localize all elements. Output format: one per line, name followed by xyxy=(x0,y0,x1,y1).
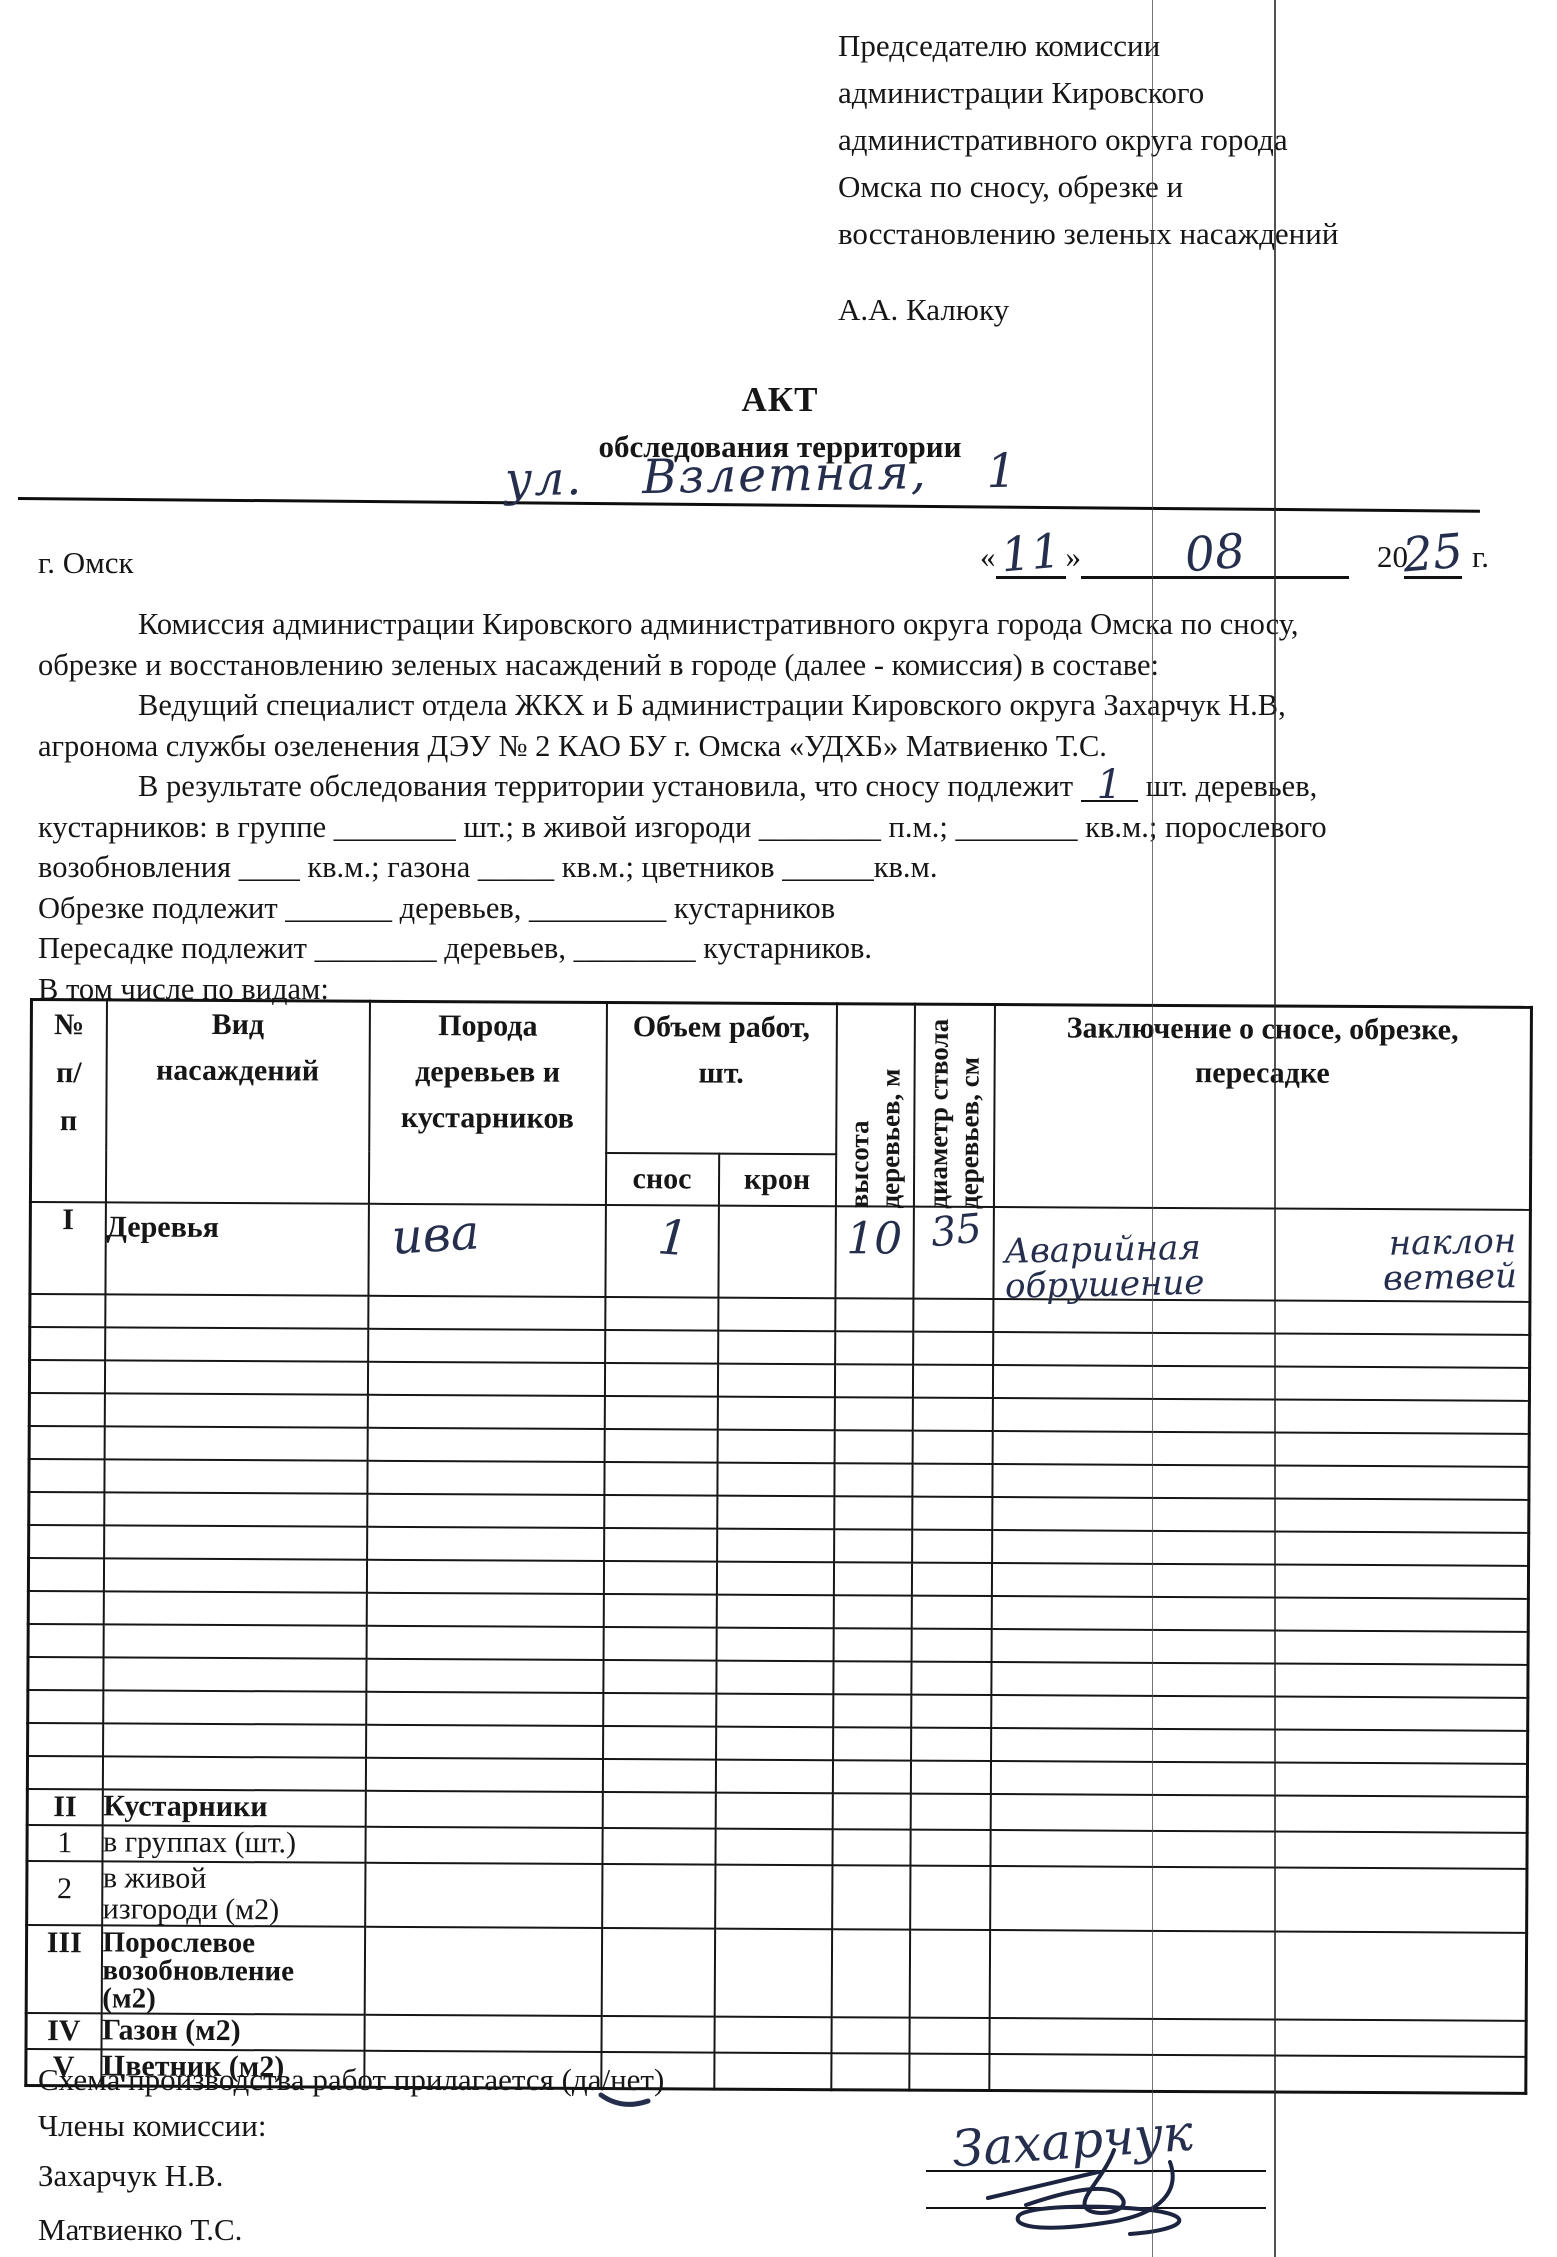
col-header-snos: снос xyxy=(605,1153,718,1206)
rotated-header-text: высота деревьев, м xyxy=(843,1002,906,1208)
empty-rows-section xyxy=(27,1294,1530,1797)
handwritten-address: ул. Взлетная, 1 xyxy=(505,444,1019,508)
row-num: 1 xyxy=(27,1824,102,1860)
table-row-trees: I Деревья ива 1 10 35 Аварийнаянаклон об… xyxy=(30,1202,1530,1302)
handwritten-year: 25 xyxy=(1401,529,1464,578)
handwritten-snos-count: 1 xyxy=(655,1209,690,1267)
signature-block: Захарчук xyxy=(918,2106,1298,2256)
body-line-text: Пересадке подлежит ________ деревьев, __… xyxy=(38,931,872,965)
body-line-text: В результате обследования территории уст… xyxy=(138,769,1081,803)
body-line: возобновления ____ кв.м.; газона _____ к… xyxy=(38,847,1538,888)
row-label: Порослевое возобновление (м2) xyxy=(101,1925,364,2014)
members-label: Члены комиссии: xyxy=(38,2108,266,2144)
breed-cell: ива xyxy=(368,1203,605,1296)
row-num: I xyxy=(30,1202,105,1294)
body-line: Обрезке подлежит _______ деревьев, _____… xyxy=(38,888,1538,929)
member-name-2: Матвиенко Т.С. xyxy=(38,2212,242,2248)
scheme-line: Схема производства работ прилагается (да… xyxy=(38,2062,664,2098)
member-name-1: Захарчук Н.В. xyxy=(38,2158,223,2194)
scan-fold-line-left xyxy=(1152,0,1153,2257)
date-suffix: г. xyxy=(1472,539,1489,579)
row-num: III xyxy=(26,1924,101,2012)
col-header-breed: Порода деревьев и кустарников xyxy=(368,1001,606,1204)
bottom-rows-section: II Кустарники 1 в группах (шт.) 2 в живо… xyxy=(26,1788,1528,2092)
conclusion-word: обрушение xyxy=(1004,1265,1204,1304)
inspection-table-wrap: № п/ п Вид насаждений Порода деревьев и … xyxy=(24,998,1533,2094)
body-line-text: возобновления ____ кв.м.; газона _____ к… xyxy=(38,850,937,884)
city-label: г. Омск xyxy=(38,545,134,581)
col-header-tree-height: высота деревьев, м xyxy=(835,1004,914,1206)
table-row-hedge: 2 в живой изгороди (м2) xyxy=(27,1860,1527,1932)
body-line-text: шт. деревьев, xyxy=(1138,769,1317,803)
handwritten-breed: ива xyxy=(390,1204,481,1266)
body-line-text: кустарников: в группе ________ шт.; в жи… xyxy=(38,810,1327,844)
body-line: В результате обследования территории уст… xyxy=(38,766,1538,807)
handwritten-diameter: 35 xyxy=(928,1205,983,1256)
scanned-document-page: Председателю комиссии администрации Киро… xyxy=(0,0,1557,2257)
handwritten-height: 10 xyxy=(846,1213,902,1264)
body-line: кустарников: в группе ________ шт.; в жи… xyxy=(38,807,1538,848)
signature-flourish xyxy=(918,2106,1298,2256)
col-header-kind: Вид насаждений xyxy=(105,1000,369,1203)
handwritten-conclusion: Аварийнаянаклон обрушениеветвей xyxy=(1003,1224,1516,1305)
date-line: « 11 » 08 20 25 г. xyxy=(980,524,1489,579)
addressee-block: Председателю комиссии администрации Киро… xyxy=(838,22,1478,257)
col-header-num: № п/ п xyxy=(30,1000,106,1202)
row-label: в живой изгороди (м2) xyxy=(102,1861,365,1926)
table-row-regrowth: III Порослевое возобновление (м2) xyxy=(26,1924,1526,2020)
inspection-table: № п/ п Вид насаждений Порода деревьев и … xyxy=(24,998,1533,2094)
col-header-volume: Объем работ, шт. xyxy=(606,1003,837,1154)
body-line-text: Ведущий специалист отдела ЖКХ и Б админи… xyxy=(138,688,1286,722)
handwritten-tick-mark xyxy=(596,2088,656,2118)
doc-title: АКТ xyxy=(30,380,1530,420)
col-header-trunk-diameter: диаметр ствола деревьев, см xyxy=(913,1004,994,1206)
date-year-blank: 25 xyxy=(1404,524,1462,579)
row-label: Кустарники xyxy=(102,1789,365,1826)
snos-cell: 1 xyxy=(605,1205,718,1298)
date-day-blank: 11 xyxy=(996,524,1066,579)
date-open-quote: « xyxy=(980,539,996,579)
row-num: IV xyxy=(26,2012,101,2048)
body-line: Ведущий специалист отдела ЖКХ и Б админи… xyxy=(38,685,1538,726)
body-line: агронома службы озеленения ДЭУ № 2 КАО Б… xyxy=(38,726,1538,767)
body-text: Комиссия администрации Кировского админи… xyxy=(38,604,1538,1009)
handwritten-day: 11 xyxy=(999,529,1062,578)
row-num: 2 xyxy=(27,1860,102,1924)
conclusion-line: обрушениеветвей xyxy=(1004,1259,1517,1305)
row-num: II xyxy=(27,1788,102,1824)
col-header-conclusion: Заключение о сносе, обрезке, пересадке xyxy=(993,1005,1531,1210)
diameter-cell: 35 xyxy=(913,1206,993,1298)
rotated-header-text: диаметр ствола деревьев, см xyxy=(922,1002,985,1208)
handwritten-trees-count: 1 xyxy=(1081,770,1138,802)
row-label: Деревья xyxy=(105,1202,368,1295)
date-close-quote: » xyxy=(1066,539,1082,579)
body-line: обрезке и восстановлению зеленых насажде… xyxy=(38,645,1538,686)
kron-cell xyxy=(718,1205,835,1298)
addressee-name: А.А. Калюку xyxy=(838,292,1009,328)
conclusion-word: ветвей xyxy=(1382,1259,1517,1297)
date-month-blank: 08 xyxy=(1081,524,1349,579)
handwritten-month: 08 xyxy=(1183,529,1246,578)
col-header-kron: крон xyxy=(718,1153,835,1206)
body-line-text: обрезке и восстановлению зеленых насажде… xyxy=(38,648,1159,682)
height-cell: 10 xyxy=(835,1206,913,1298)
row-label: Газон (м2) xyxy=(101,2013,364,2050)
conclusion-cell: Аварийнаянаклон обрушениеветвей xyxy=(993,1207,1530,1302)
body-line: Пересадке подлежит ________ деревьев, __… xyxy=(38,928,1538,969)
body-line: Комиссия администрации Кировского админи… xyxy=(38,604,1538,645)
scan-fold-line-right xyxy=(1274,0,1276,2257)
body-line-text: Комиссия администрации Кировского админи… xyxy=(138,607,1299,641)
body-line-text: агронома службы озеленения ДЭУ № 2 КАО Б… xyxy=(38,729,1107,763)
body-line-text: Обрезке подлежит _______ деревьев, _____… xyxy=(38,891,835,925)
row-label: в группах (шт.) xyxy=(102,1825,365,1862)
